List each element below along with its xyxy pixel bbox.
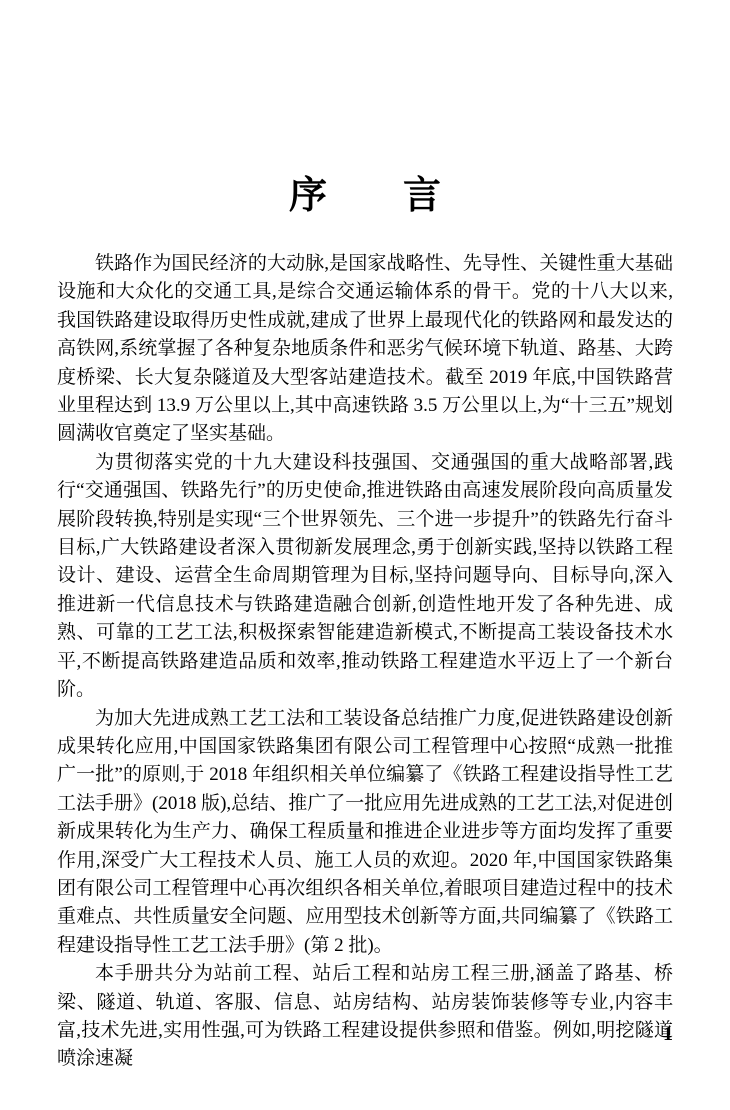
paragraph-4: 本手册共分为站前工程、站后工程和站房工程三册,涵盖了路基、桥梁、隧道、轨道、客服…	[57, 960, 673, 1074]
page-title: 序 言	[57, 176, 673, 216]
paragraph-3: 为加大先进成熟工艺工法和工装设备总结推广力度,促进铁路建设创新成果转化应用,中国…	[57, 705, 673, 961]
page-content: 序 言 铁路作为国民经济的大动脉,是国家战略性、先导性、关键性重大基础设施和大众…	[57, 176, 673, 1074]
paragraph-2: 为贯彻落实党的十九大建设科技强国、交通强国的重大战略部署,践行“交通强国、铁路先…	[57, 449, 673, 705]
paragraph-1: 铁路作为国民经济的大动脉,是国家战略性、先导性、关键性重大基础设施和大众化的交通…	[57, 250, 673, 449]
document-page: 序 言 铁路作为国民经济的大动脉,是国家战略性、先导性、关键性重大基础设施和大众…	[0, 0, 730, 1110]
page-number: 1	[663, 1022, 673, 1046]
preface-body: 铁路作为国民经济的大动脉,是国家战略性、先导性、关键性重大基础设施和大众化的交通…	[57, 250, 673, 1074]
